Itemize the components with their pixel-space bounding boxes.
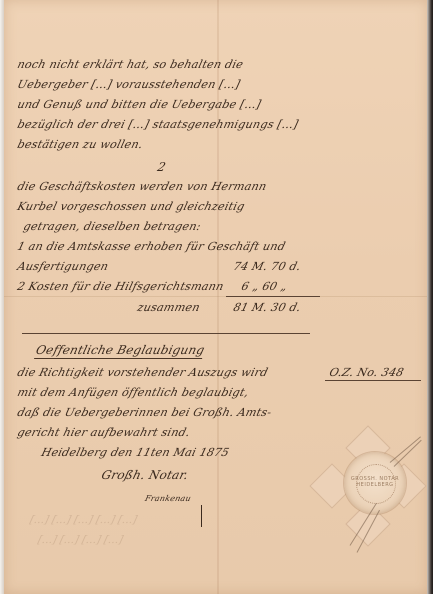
body-line: noch nicht erklärt hat, so behalten die: [16, 58, 245, 71]
cost-item-label: 2 Kosten für die Hilfsgerichtsmann: [16, 280, 225, 293]
cost-item-label: Ausfertigungen: [16, 260, 110, 273]
sum-rule: [226, 296, 320, 297]
cost-item-amount: 74 M. 70 d.: [232, 260, 302, 273]
body-line: bestätigen zu wollen.: [16, 138, 144, 151]
signatory-title: Großh. Notar.: [100, 468, 190, 482]
cost-total-label: zusammen: [136, 301, 201, 314]
signature-stroke: [201, 505, 202, 527]
certification-line: die Richtigkeit vorstehender Auszugs wir…: [16, 366, 269, 379]
body-line: und Genuß und bitten die Uebergabe […]: [16, 98, 262, 111]
scan-right-edge: [427, 0, 433, 594]
certification-line: daß die Uebergeberinnen bei Großh. Amts-: [16, 406, 273, 419]
bleed-through-line: […] […] […] […] […]: [29, 514, 139, 526]
certification-line: gericht hier aufbewahrt sind.: [16, 426, 191, 439]
body-line: bezüglich der drei […] staatsgenehmigung…: [16, 118, 300, 131]
section2-line: 1 an die Amtskasse erhoben für Geschäft …: [16, 240, 287, 253]
paper-fold-horizontal: [4, 296, 428, 297]
cost-item-amount: 6 „ 60 „: [240, 280, 288, 293]
place-date: Heidelberg den 11ten Mai 1875: [40, 446, 231, 459]
bleed-through-line: […] […] […] […]: [37, 534, 125, 546]
certification-heading: Oeffentliche Beglaubigung: [34, 343, 206, 359]
seal-legend: GROSSH. NOTAR HEIDELBERG: [344, 476, 406, 488]
section2-line: die Geschäftskosten werden von Hermann: [16, 180, 268, 193]
section2-line: Kurbel vorgeschossen und gleichzeitig: [16, 200, 246, 213]
cost-total-amount: 81 M. 30 d.: [232, 301, 302, 314]
section-separator: [22, 333, 310, 334]
signature: Frankenau: [144, 494, 192, 503]
section2-line: getragen, dieselben betragen:: [22, 220, 202, 233]
register-number: O.Z. No. 348: [328, 366, 405, 379]
body-line: Uebergeber […] vorausstehenden […]: [16, 78, 242, 91]
certification-line: mit dem Anfügen öffentlich beglaubigt,: [16, 386, 250, 399]
register-underline: [325, 380, 421, 381]
